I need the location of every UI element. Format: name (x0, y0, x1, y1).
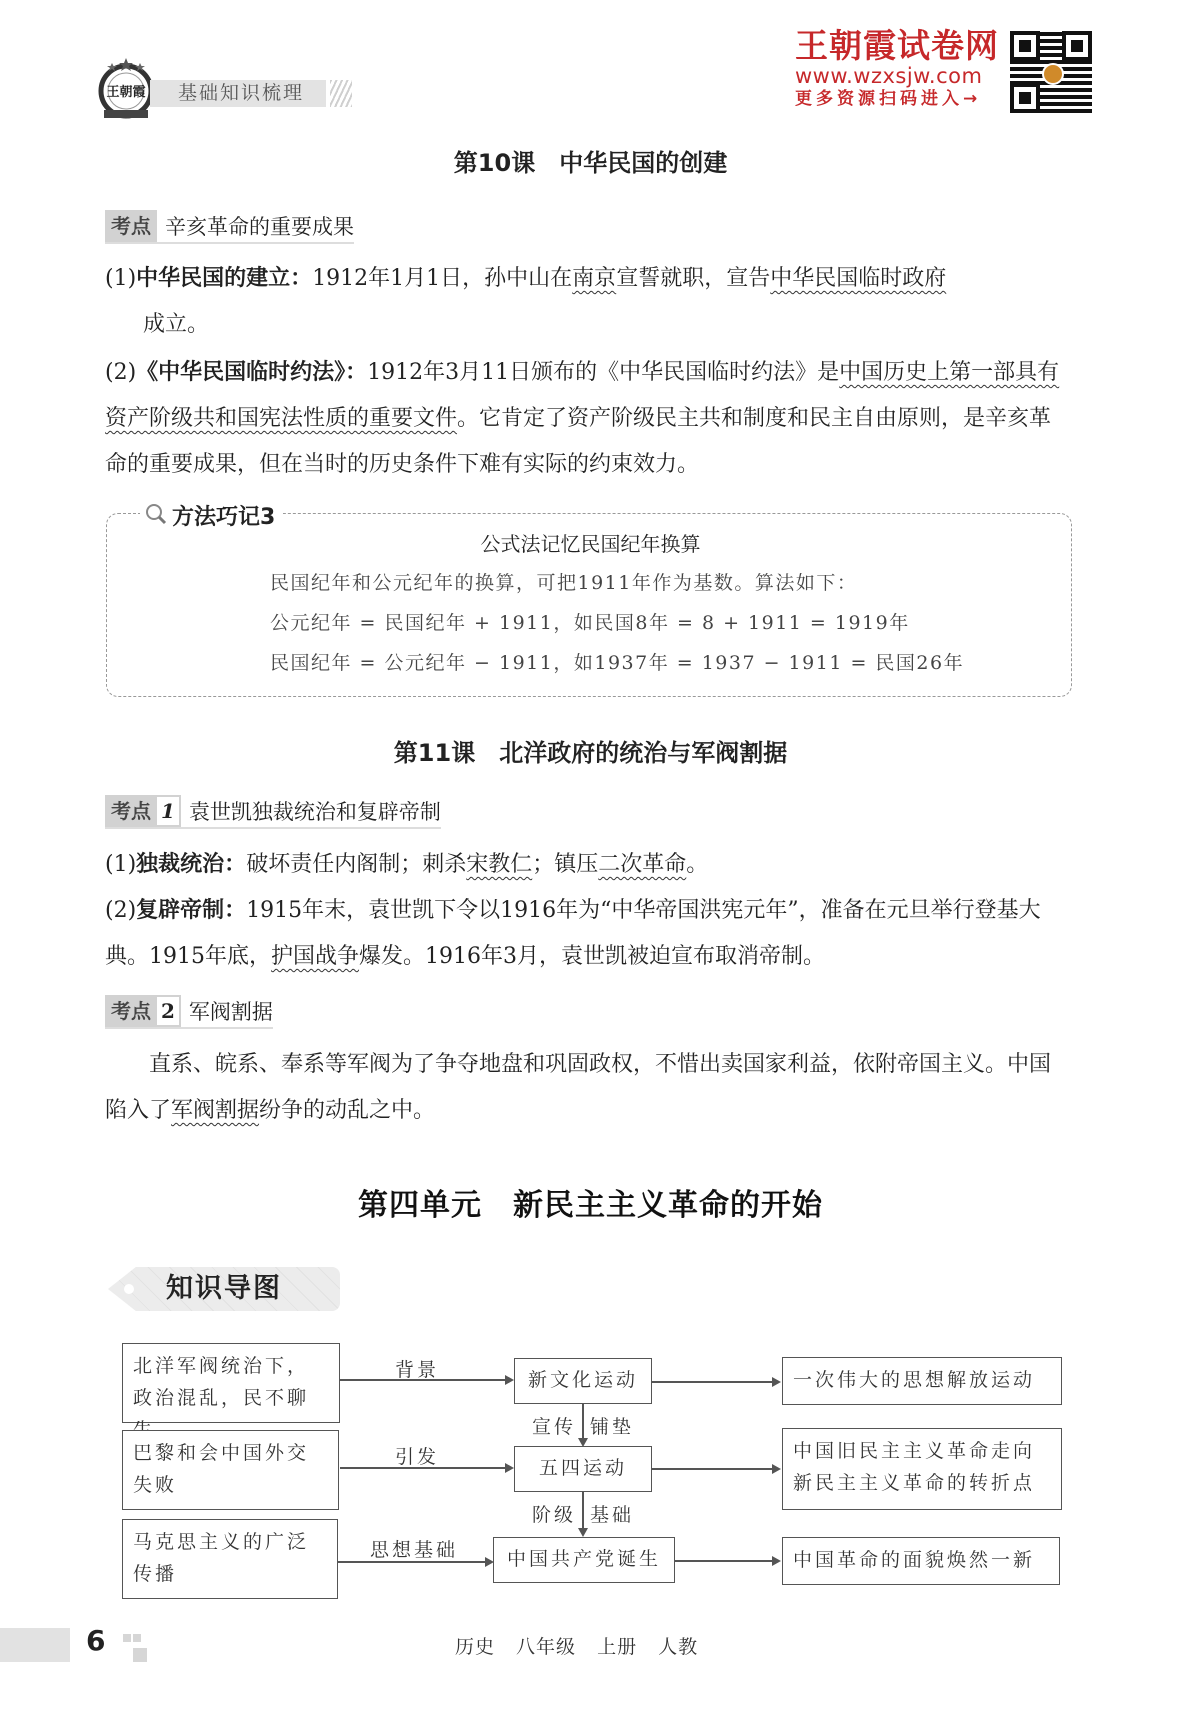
kaodian-label: 考点 (105, 795, 157, 827)
method-header: 方法巧记3 (140, 500, 283, 531)
kaodian-label: 考点 (105, 995, 157, 1027)
decor-square (133, 1648, 147, 1662)
link-label: 基础 (590, 1500, 634, 1527)
kaodian-tag-2: 考点 2 军阀割据 (105, 995, 273, 1029)
brand-cta: 更多资源扫码进入→ (795, 88, 1015, 110)
book-info: 历史 八年级 上册 人教 (455, 1632, 698, 1659)
emphasis: 军阀割据 (171, 1098, 259, 1123)
arrow-down-icon (578, 1438, 588, 1447)
link-label: 阶级 (532, 1500, 576, 1527)
knowledge-map-label: 知识导图 (166, 1267, 282, 1311)
method-line: 民国纪年 = 公元纪年 − 1911，如1937年 = 1937 − 1911 … (270, 648, 964, 675)
decor-square (133, 1634, 141, 1642)
lesson11-paragraph: 直系、皖系、奉系等军阀为了争夺地盘和巩固政权，不惜出卖国家利益，依附帝国主义。中… (105, 1042, 1070, 1134)
event-box-may-fourth: 五四运动 (514, 1446, 652, 1492)
link-line (582, 1404, 584, 1440)
emphasis: 宋教仁 (466, 852, 532, 877)
unit-4-title: 第四单元 新民主主义革命的开始 (0, 1180, 1181, 1224)
item-heading: 复辟帝制： (136, 898, 246, 923)
brand-url[interactable]: www.wzxsjw.com (795, 64, 1015, 88)
item-heading: 中华民国的建立： (136, 266, 312, 291)
emphasis: 中华民国临时政府 (770, 266, 946, 291)
item-text: 宣誓就职，宣告 (616, 266, 770, 291)
qr-code-icon[interactable] (1010, 31, 1092, 113)
section-label: 基础知识梳理 (178, 80, 304, 107)
kaodian-tag-1: 考点 1 袁世凯独裁统治和复辟帝制 (105, 795, 441, 829)
item-number: (1) (105, 852, 136, 877)
item-text: 成立。 (105, 312, 209, 337)
item-text: 。 (686, 852, 708, 877)
brand-block: 王朝霞试卷网 www.wzxsjw.com 更多资源扫码进入→ (795, 28, 1015, 110)
arrow-line (652, 1381, 774, 1383)
link-label: 铺垫 (590, 1412, 634, 1439)
brand-name: 王朝霞试卷网 (795, 28, 1015, 64)
item-number: (2) (105, 898, 136, 923)
result-box-3: 中国革命的面貌焕然一新 (782, 1537, 1060, 1585)
kaodian-title: 辛亥革命的重要成果 (157, 211, 354, 241)
arrow-label: 思想基础 (370, 1535, 458, 1562)
method-label: 方法巧记3 (172, 500, 275, 531)
lesson-11-title: 第11课 北洋政府的统治与军阀割据 (0, 733, 1181, 768)
emphasis: 南京 (572, 266, 616, 291)
publisher-logo: 王朝霞 (95, 55, 157, 123)
kaodian-number: 1 (155, 795, 181, 827)
lesson11-item-2: (2)复辟帝制：1915年末，袁世凯下令以1916年为“中华帝国洪宪元年”，准备… (105, 888, 1070, 980)
lesson11-item-1: (1)独裁统治：破坏责任内阁制；刺杀宋教仁；镇压二次革命。 (105, 842, 1070, 888)
event-box-cpc: 中国共产党诞生 (493, 1537, 675, 1583)
item-heading: 《中华民国临时约法》： (136, 360, 367, 385)
method-line: 民国纪年和公元纪年的换算，可把1911年作为基数。算法如下： (270, 568, 857, 595)
arrow-label: 引发 (395, 1442, 439, 1469)
cause-box-3: 马克思主义的广泛传播 (122, 1519, 338, 1599)
emphasis: 护国战争 (271, 944, 359, 969)
item-text: ；镇压 (532, 852, 598, 877)
kaodian-tag: 考点 辛亥革命的重要成果 (105, 210, 354, 244)
arrow-label: 背景 (395, 1355, 439, 1382)
arrow-right-icon (772, 1556, 781, 1566)
para-text: 纷争的动乱之中。 (259, 1098, 435, 1123)
banner-stripes (330, 80, 352, 107)
item-text: 1912年1月1日，孙中山在 (312, 266, 572, 291)
kaodian-title: 军阀割据 (181, 996, 273, 1026)
link-line (582, 1492, 584, 1529)
item-number: (1) (105, 266, 136, 291)
method-title: 公式法记忆民国纪年换算 (0, 528, 1181, 557)
item-number: (2) (105, 360, 136, 385)
arrow-right-icon (772, 1377, 781, 1387)
page-number-bar (0, 1628, 70, 1662)
link-label: 宣传 (532, 1412, 576, 1439)
arrow-down-icon (578, 1528, 588, 1537)
kaodian-number: 2 (155, 995, 181, 1027)
item-text: 破坏责任内阁制；刺杀 (246, 852, 466, 877)
lesson10-item-1: (1)中华民国的建立：1912年1月1日，孙中山在南京宣誓就职，宣告中华民国临时… (105, 256, 1070, 348)
arrow-right-icon (505, 1375, 514, 1385)
item-text: 1912年3月11日颁布的《中华民国临时约法》是 (367, 360, 839, 385)
arrow-line (652, 1468, 774, 1470)
lesson-10-title: 第10课 中华民国的创建 (0, 143, 1181, 178)
item-heading: 独裁统治： (136, 852, 246, 877)
svg-text:王朝霞: 王朝霞 (106, 84, 145, 100)
cause-box-1: 北洋军阀统治下，政治混乱，民不聊生 (122, 1343, 340, 1423)
emphasis: 二次革命 (598, 852, 686, 877)
kaodian-label: 考点 (105, 210, 157, 242)
lesson10-item-2: (2)《中华民国临时约法》：1912年3月11日颁布的《中华民国临时约法》是中国… (105, 350, 1070, 488)
arrow-right-icon (772, 1464, 781, 1474)
kaodian-title: 袁世凯独裁统治和复辟帝制 (181, 796, 441, 826)
arrow-line (675, 1560, 774, 1562)
arrow-right-icon (505, 1463, 514, 1473)
event-box-new-culture: 新文化运动 (514, 1358, 652, 1404)
result-box-2: 中国旧民主主义革命走向新民主主义革命的转折点 (782, 1428, 1062, 1510)
result-box-1: 一次伟大的思想解放运动 (782, 1357, 1062, 1405)
magnifier-icon (144, 502, 168, 530)
method-line: 公元纪年 = 民国纪年 + 1911，如民国8年 = 8 + 1911 = 19… (270, 608, 910, 635)
page-number: 6 (86, 1624, 105, 1657)
tag-hole-icon (124, 1284, 134, 1294)
item-text: 爆发。1916年3月，袁世凯被迫宣布取消帝制。 (359, 944, 825, 969)
decor-square (123, 1634, 131, 1642)
cause-box-2: 巴黎和会中国外交失败 (122, 1430, 339, 1510)
